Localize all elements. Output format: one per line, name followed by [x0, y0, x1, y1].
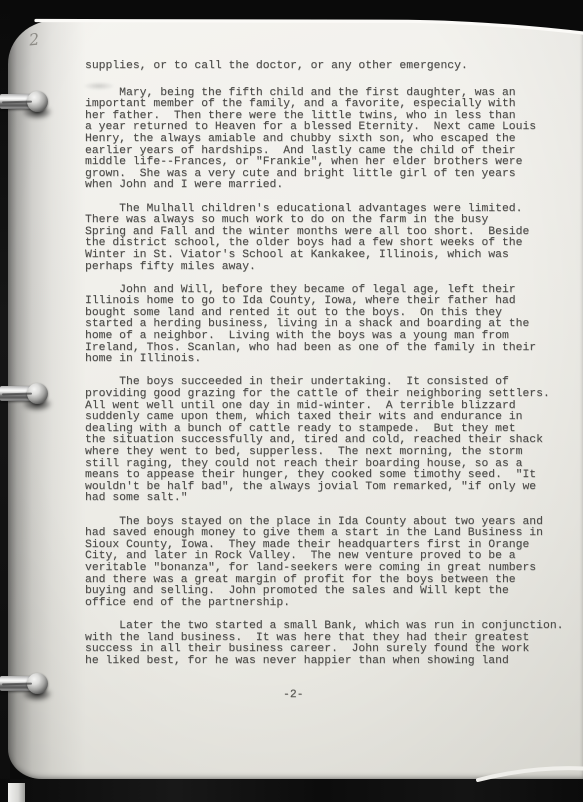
text-line: success in all their business career. Jo… [85, 644, 573, 656]
text-line: supplies, or to call the doctor, or any … [85, 61, 573, 73]
scan-bottom-band [0, 779, 583, 802]
text-line: Winter in St. Viator's School at Kankake… [85, 250, 573, 262]
binder-ring-bottom [0, 670, 54, 702]
text-line: middle life--Frances, or "Frankie", when… [85, 157, 573, 169]
handwritten-page-number: 2 [28, 30, 40, 50]
text-line: Later the two started a small Bank, whic… [85, 621, 573, 633]
lower-page-edge-strip [8, 783, 25, 802]
text-line: home in Illinois. [85, 354, 573, 366]
text-line: Henry, the always amiable and chubby six… [85, 134, 573, 146]
text-line: he liked best, for he was never happier … [85, 656, 573, 668]
text-line: buying and selling. John promoted the sa… [85, 586, 573, 598]
typewritten-text: supplies, or to call the doctor, or any … [85, 61, 573, 667]
text-line: when John and I were married. [85, 180, 573, 192]
paragraph: supplies, or to call the doctor, or any … [85, 61, 573, 73]
paragraph: John and Will, before they became of leg… [85, 285, 573, 366]
scanned-binder-page: 2 supplies, or to call the doctor, or an… [0, 0, 583, 802]
footer-page-number: -2- [283, 689, 304, 701]
binder-ring-top [0, 88, 54, 120]
text-line: where they went to bed, supperless. The … [85, 447, 573, 459]
text-line: veritable "bonanza", for land-seekers we… [85, 563, 573, 575]
text-line: providing good grazing for the cattle of… [85, 389, 573, 401]
text-line: home of a neighbor. Living with the boys… [85, 331, 573, 343]
text-line: had saved enough money to give them a st… [85, 528, 573, 540]
paragraph: Later the two started a small Bank, whic… [85, 621, 573, 667]
text-line: There was always so much work to do on t… [85, 215, 573, 227]
text-line: had some salt." [85, 493, 573, 505]
paragraph: The boys stayed on the place in Ida Coun… [85, 517, 573, 610]
text-line: perhaps fifty miles away. [85, 262, 573, 274]
paragraph: The boys succeeded in their undertaking.… [85, 377, 573, 505]
paragraph: The Mulhall children's educational advan… [85, 204, 573, 274]
text-line: office end of the partnership. [85, 598, 573, 610]
binder-ring-middle [0, 380, 54, 412]
paragraph: Mary, being the fifth child and the firs… [85, 88, 573, 192]
